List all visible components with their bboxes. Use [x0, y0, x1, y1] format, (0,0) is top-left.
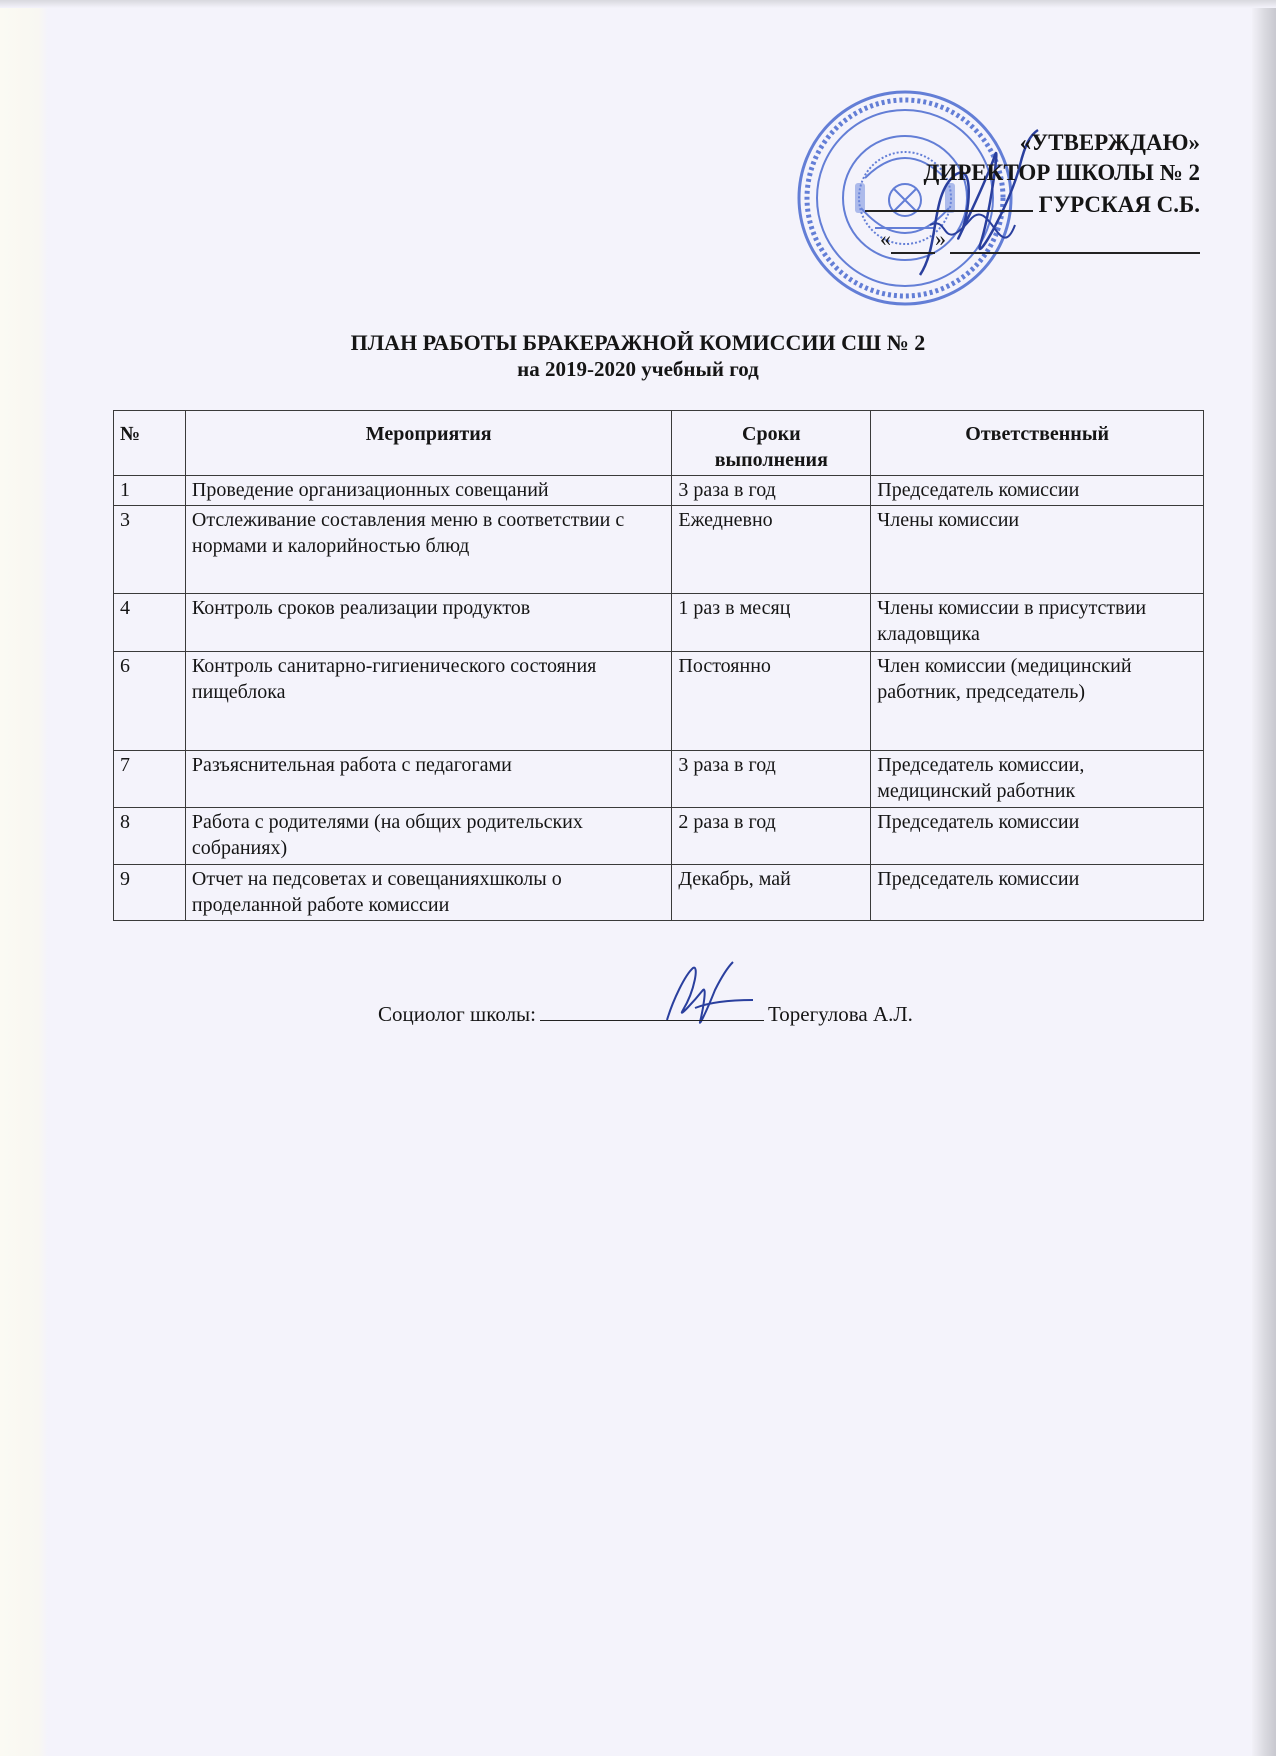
cell-num: 1: [114, 476, 186, 506]
header-term: Сроки выполнения: [672, 411, 871, 476]
approve-label: «УТВЕРЖДАЮ»: [820, 128, 1200, 158]
table-row: 8 Работа с родителями (на общих родитель…: [114, 808, 1204, 865]
cell-term: Ежедневно: [672, 506, 871, 594]
header-term-line1: Сроки: [678, 421, 864, 447]
table-row: 4 Контроль сроков реализации продуктов 1…: [114, 594, 1204, 652]
cell-activity: Контроль санитарно-гигиенического состоя…: [185, 652, 671, 751]
cell-activity: Работа с родителями (на общих родительск…: [185, 808, 671, 865]
cell-activity: Отчет на педсоветах и совещанияхшколы о …: [185, 865, 671, 921]
cell-num: 9: [114, 865, 186, 921]
sociologist-name: Торегулова А.Л.: [768, 1001, 913, 1027]
cell-term: 3 раза в год: [672, 476, 871, 506]
cell-responsible: Председатель комиссии: [871, 865, 1204, 921]
cell-num: 6: [114, 652, 186, 751]
cell-num: 3: [114, 506, 186, 594]
director-signature-line: ГУРСКАЯ С.Б.: [820, 188, 1200, 220]
table-row: 3 Отслеживание составления меню в соотве…: [114, 506, 1204, 594]
header-activity: Мероприятия: [185, 411, 671, 476]
cell-num: 4: [114, 594, 186, 652]
scan-edge-top: [0, 0, 1276, 8]
header-responsible: Ответственный: [871, 411, 1204, 476]
header-term-line2: выполнения: [678, 447, 864, 473]
cell-responsible: Председатель комиссии, медицинский работ…: [871, 751, 1204, 808]
table-row: 9 Отчет на педсоветах и совещанияхшколы …: [114, 865, 1204, 921]
date-month-blank: [950, 232, 1200, 254]
title-subtitle: на 2019-2020 учебный год: [0, 356, 1276, 382]
cell-term: 3 раза в год: [672, 751, 871, 808]
table-row: 1 Проведение организационных совещаний 3…: [114, 476, 1204, 506]
title-main: ПЛАН РАБОТЫ БРАКЕРАЖНОЙ КОМИССИИ СШ № 2: [0, 330, 1276, 356]
table-row: 6 Контроль санитарно-гигиенического сост…: [114, 652, 1204, 751]
approval-block: «УТВЕРЖДАЮ» ДИРЕКТОР ШКОЛЫ № 2 ГУРСКАЯ С…: [820, 128, 1200, 254]
document-title: ПЛАН РАБОТЫ БРАКЕРАЖНОЙ КОМИССИИ СШ № 2 …: [0, 330, 1276, 382]
date-open-quote: «: [880, 224, 891, 254]
sociologist-role: Социолог школы:: [378, 1001, 536, 1027]
director-name: ГУРСКАЯ С.Б.: [1039, 190, 1200, 220]
cell-responsible: Председатель комиссии: [871, 476, 1204, 506]
plan-table: № Мероприятия Сроки выполнения Ответстве…: [113, 410, 1204, 921]
cell-term: 2 раза в год: [672, 808, 871, 865]
cell-responsible: Члены комиссии в присутствии кладовщика: [871, 594, 1204, 652]
cell-num: 8: [114, 808, 186, 865]
date-day-blank: [891, 232, 935, 254]
header-num: №: [114, 411, 186, 476]
signature-blank: [865, 188, 1033, 212]
director-position: ДИРЕКТОР ШКОЛЫ № 2: [820, 158, 1200, 188]
table-header-row: № Мероприятия Сроки выполнения Ответстве…: [114, 411, 1204, 476]
footer-signature-line: Социолог школы: Торегулова А.Л.: [378, 1000, 913, 1027]
cell-responsible: Член комиссии (медицинский работник, пре…: [871, 652, 1204, 751]
date-close-quote: »: [935, 224, 946, 254]
cell-activity: Отслеживание составления меню в соответс…: [185, 506, 671, 594]
cell-term: 1 раз в месяц: [672, 594, 871, 652]
cell-activity: Разъяснительная работа с педагогами: [185, 751, 671, 808]
cell-activity: Проведение организационных совещаний: [185, 476, 671, 506]
cell-activity: Контроль сроков реализации продуктов: [185, 594, 671, 652]
cell-term: Постоянно: [672, 652, 871, 751]
scan-edge-right: [1252, 0, 1276, 1756]
cell-num: 7: [114, 751, 186, 808]
table-row: 7 Разъяснительная работа с педагогами 3 …: [114, 751, 1204, 808]
signature-blank: [540, 1000, 764, 1021]
cell-responsible: Члены комиссии: [871, 506, 1204, 594]
cell-term: Декабрь, май: [672, 865, 871, 921]
scan-edge-left: [0, 0, 48, 1756]
approval-date-line: « »: [820, 224, 1200, 254]
cell-responsible: Председатель комиссии: [871, 808, 1204, 865]
